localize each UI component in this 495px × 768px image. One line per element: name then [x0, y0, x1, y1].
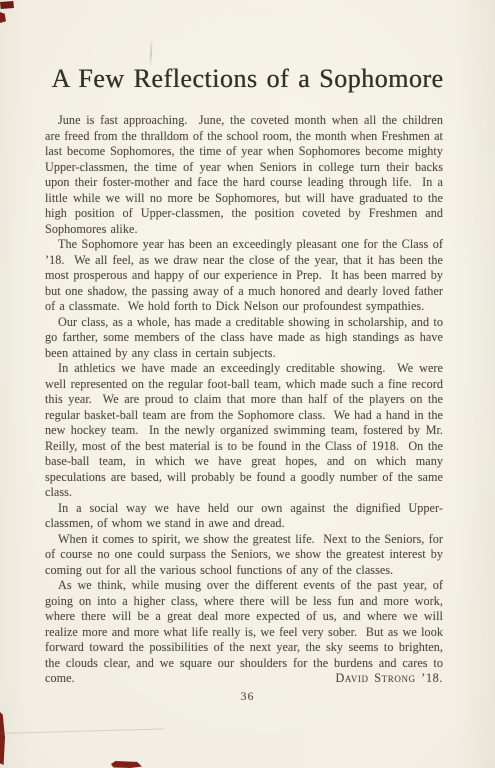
paragraph-6: When it comes to spirit, we show the gre… [45, 532, 443, 579]
paragraph-1: June is fast approaching. June, the cove… [45, 113, 443, 237]
article-body: June is fast approaching. June, the cove… [45, 113, 443, 687]
book-cover-edge-mark-left-bottom [0, 712, 5, 765]
paragraph-3: Our class, as a whole, has made a credit… [45, 315, 443, 362]
paragraph-2: The Sophomore year has been an exceeding… [45, 237, 443, 315]
paper-crease-line [0, 728, 165, 736]
book-cover-edge-mark-top-left [0, 1, 14, 9]
paragraph-5: In a social way we have held our own aga… [45, 501, 443, 532]
book-cover-edge-mark-bottom [111, 761, 142, 768]
paragraph-7: As we think, while musing over the diffe… [45, 578, 443, 687]
page-title: A Few Reflections of a Sophomore [0, 0, 495, 96]
book-page-scan: A Few Reflections of a Sophomore June is… [0, 0, 495, 768]
paragraph-7-text: As we think, while musing over the diffe… [45, 578, 443, 685]
page-number: 36 [0, 689, 495, 704]
author-signature: David Strong ’18. [322, 671, 443, 687]
paragraph-4: In athletics we have made an exceedingly… [45, 361, 443, 501]
